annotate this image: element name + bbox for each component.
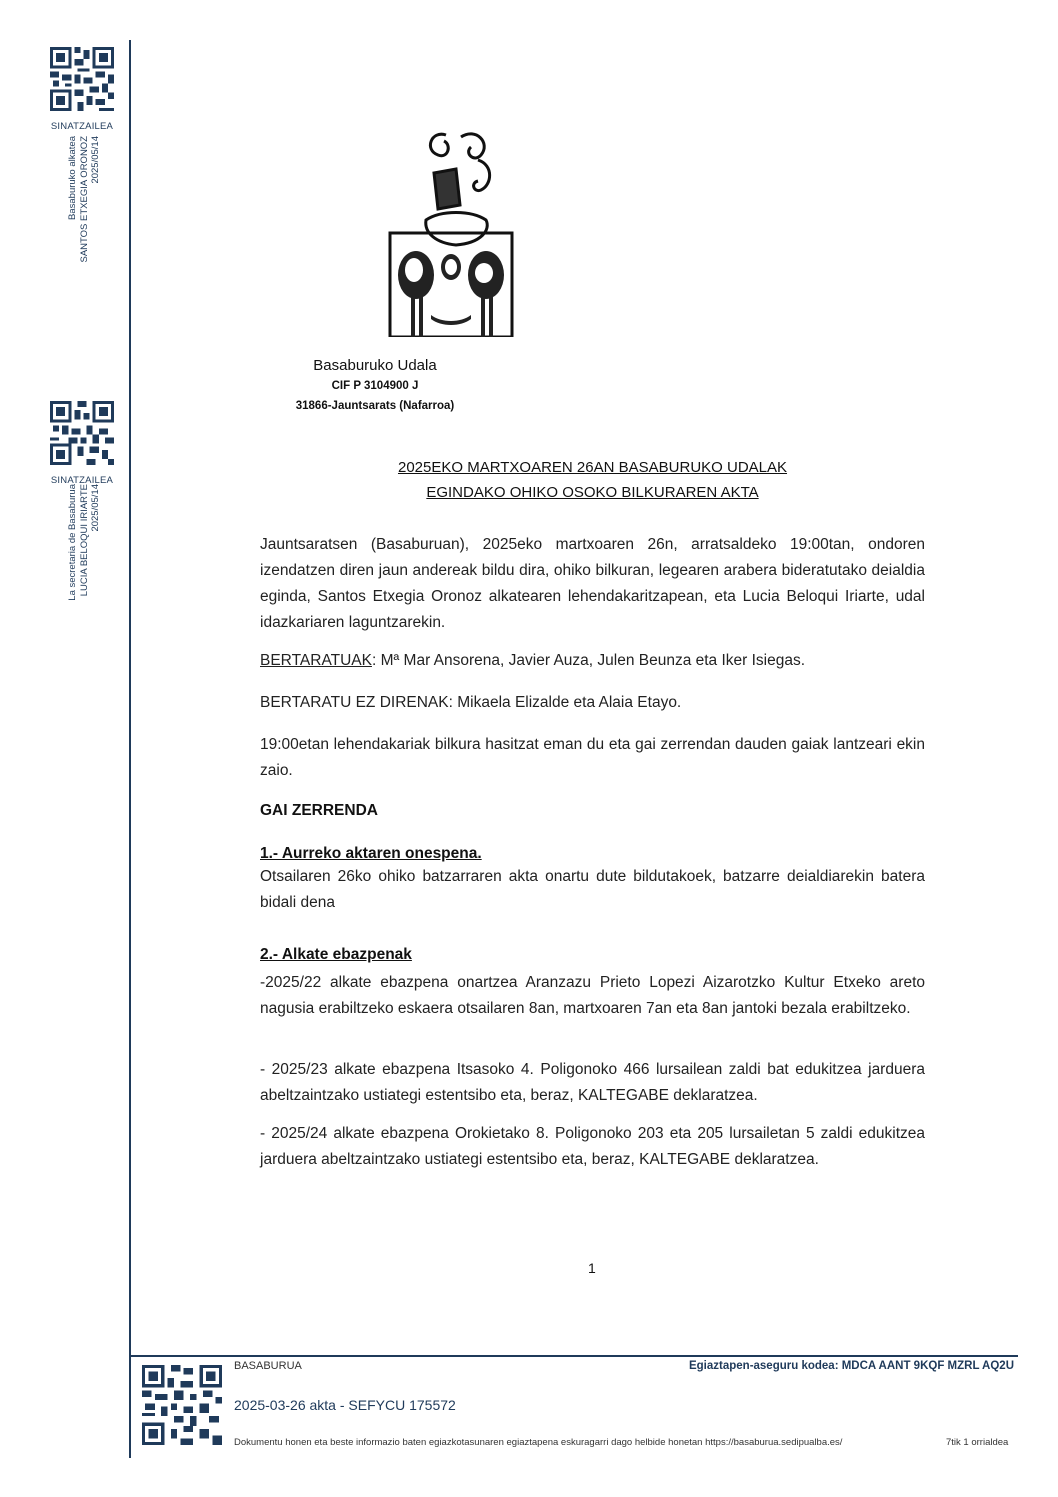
signer-2-details: La secretaria de Basaburua LUCIA BELOQUI… xyxy=(67,484,102,624)
page-of-total: 7tik 1 orrialdea xyxy=(946,1437,1008,1448)
attendees-label: BERTARATUAK xyxy=(260,652,372,669)
signer-date: 2025/05/14 xyxy=(90,136,102,276)
page-number: 1 xyxy=(588,1260,596,1276)
resolution-paragraph: - 2025/23 alkate ebazpena Itsasoko 4. Po… xyxy=(260,1057,925,1109)
attendees-list: : Mª Mar Ansorena, Javier Auza, Julen Be… xyxy=(372,652,805,669)
signer-1-details: Basaburuko alkatea SANTOS ETXEGIA ORONOZ… xyxy=(67,136,102,276)
footer-organization: BASABURUA xyxy=(234,1360,302,1372)
absentees-paragraph: BERTARATU EZ DIRENAK: Mikaela Elizalde e… xyxy=(260,690,925,716)
organization-name: Basaburuko Udala xyxy=(260,357,490,374)
agenda-heading: GAI ZERRENDA xyxy=(260,798,925,824)
signer-role: La secretaria de Basaburua xyxy=(67,484,79,624)
margin-rule-vertical xyxy=(129,40,131,1458)
document-reference: 2025-03-26 akta - SEFYCU 175572 xyxy=(234,1397,456,1413)
attendees-paragraph: BERTARATUAK: Mª Mar Ansorena, Javier Auz… xyxy=(260,648,925,674)
signer-date: 2025/05/14 xyxy=(90,484,102,624)
footer-rule xyxy=(129,1355,1018,1357)
signer-name: LUCIA BELOQUI IRIARTE xyxy=(79,484,91,624)
signer-name: SANTOS ETXEGIA ORONOZ xyxy=(79,136,91,276)
document-title-line-2: EGINDAKO OHIKO OSOKO BILKURAREN AKTA xyxy=(300,482,885,504)
document-title-line-1: 2025EKO MARTXOAREN 26AN BASABURUKO UDALA… xyxy=(300,457,885,479)
verification-code: Egiaztapen-aseguru kodea: MDCA AANT 9KQF… xyxy=(640,1360,1014,1372)
resolution-paragraph: - 2025/24 alkate ebazpena Orokietako 8. … xyxy=(260,1121,925,1173)
resolution-paragraph: -2025/22 alkate ebazpena onartzea Aranza… xyxy=(260,970,925,1022)
qr-code-icon xyxy=(142,1365,222,1445)
signer-role: Basaburuko alkatea xyxy=(67,136,79,276)
agenda-item-paragraph: Otsailaren 26ko ohiko batzarraren akta o… xyxy=(260,864,925,916)
organization-address: 31866-Jauntsarats (Nafarroa) xyxy=(260,400,490,412)
coat-of-arms-logo xyxy=(386,125,516,337)
organization-cif: CIF P 3104900 J xyxy=(260,380,490,392)
agenda-item-heading: 2.- Alkate ebazpenak xyxy=(260,942,925,968)
verification-note: Dokumentu honen eta beste informazio bat… xyxy=(234,1437,842,1448)
qr-code-icon xyxy=(50,47,114,111)
qr-code-icon xyxy=(50,401,114,465)
intro-paragraph: Jauntsaratsen (Basaburuan), 2025eko mart… xyxy=(260,532,925,636)
signer-label: SINATZAILEA xyxy=(40,121,124,132)
start-paragraph: 19:00etan lehendakariak bilkura hasitzat… xyxy=(260,732,925,784)
